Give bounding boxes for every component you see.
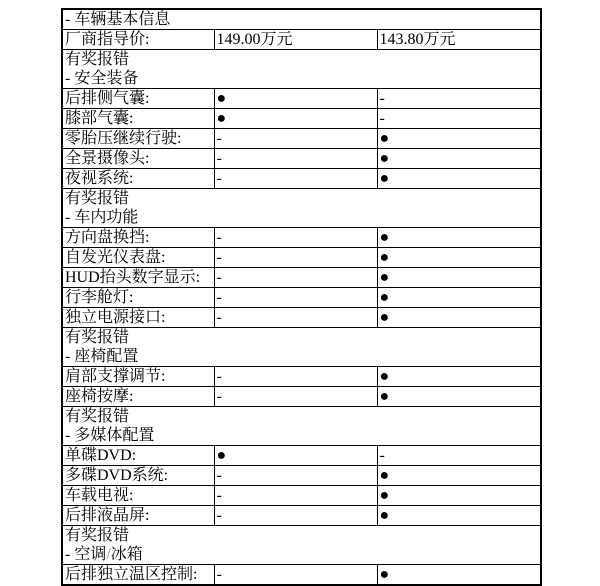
error-report-link[interactable]: 有奖报错 — [65, 51, 129, 68]
feature-value-car1: - — [214, 169, 377, 189]
feature-value-car2: ● — [377, 466, 541, 486]
error-report-link[interactable]: 有奖报错 — [65, 329, 129, 346]
feature-row-single-disc-dvd: 单碟DVD: ● - — [62, 446, 541, 466]
feature-label: 独立电源接口: — [62, 308, 214, 328]
feature-row-self-illuminating-dashboard: 自发光仪表盘: - ● — [62, 248, 541, 268]
section-title-multimedia-config: - 多媒体配置 — [65, 426, 539, 445]
feature-label: 膝部气囊: — [62, 109, 214, 129]
feature-value-car2: ● — [377, 248, 541, 268]
feature-label: 座椅按摩: — [62, 387, 214, 407]
feature-value-car1: ● — [214, 446, 377, 466]
feature-value-car2: ● — [377, 228, 541, 248]
feature-value-car1: - — [214, 308, 377, 328]
feature-value-car1: ● — [214, 89, 377, 109]
section-cell-seat-config: 有奖报错 - 座椅配置 — [62, 328, 541, 367]
section-title-interior-functions: - 车内功能 — [65, 208, 539, 227]
feature-row-runflat-tires: 零胎压继续行驶: - ● — [62, 129, 541, 149]
section-title-safety-equipment: - 安全装备 — [65, 69, 539, 88]
feature-label: 单碟DVD: — [62, 446, 214, 466]
section-title-ac: - 空调 — [65, 546, 106, 563]
feature-row-panoramic-camera: 全景摄像头: - ● — [62, 149, 541, 169]
feature-row-knee-airbag: 膝部气囊: ● - — [62, 109, 541, 129]
feature-value-car2: - — [377, 109, 541, 129]
section-row-seat-config: 有奖报错 - 座椅配置 — [62, 328, 541, 367]
group-title-vehicle-basic-info: - 车辆基本信息 — [62, 9, 541, 30]
price-label: 厂商指导价: — [62, 30, 214, 50]
feature-value-car2: ● — [377, 268, 541, 288]
group-title-row-vehicle-basic-info: - 车辆基本信息 — [62, 9, 541, 30]
feature-value-car2: ● — [377, 506, 541, 526]
error-report-link[interactable]: 有奖报错 — [65, 190, 129, 207]
section-title-fridge: 冰箱 — [111, 546, 143, 563]
feature-row-hud-display: HUD抬头数字显示: - ● — [62, 268, 541, 288]
feature-label: 自发光仪表盘: — [62, 248, 214, 268]
error-report-link[interactable]: 有奖报错 — [65, 408, 129, 425]
feature-label: 车载电视: — [62, 486, 214, 506]
feature-value-car1: - — [214, 486, 377, 506]
feature-label: 后排液晶屏: — [62, 506, 214, 526]
feature-row-independent-power-outlet: 独立电源接口: - ● — [62, 308, 541, 328]
feature-row-night-vision: 夜视系统: - ● — [62, 169, 541, 189]
feature-value-car1: ● — [214, 109, 377, 129]
feature-value-car2: ● — [377, 288, 541, 308]
error-report-link[interactable]: 有奖报错 — [65, 527, 129, 544]
feature-row-steering-wheel-shift: 方向盘换挡: - ● — [62, 228, 541, 248]
section-cell-safety-equipment: 有奖报错 - 安全装备 — [62, 50, 541, 89]
feature-row-car-tv: 车载电视: - ● — [62, 486, 541, 506]
feature-value-car2: ● — [377, 308, 541, 328]
feature-value-car1: - — [214, 367, 377, 387]
section-cell-multimedia-config: 有奖报错 - 多媒体配置 — [62, 407, 541, 446]
feature-value-car1: - — [214, 228, 377, 248]
feature-row-multi-disc-dvd: 多碟DVD系统: - ● — [62, 466, 541, 486]
section-title-seat-config: - 座椅配置 — [65, 347, 539, 366]
feature-value-car2: ● — [377, 169, 541, 189]
feature-row-rear-lcd-screen: 后排液晶屏: - ● — [62, 506, 541, 526]
section-cell-interior-functions: 有奖报错 - 车内功能 — [62, 189, 541, 228]
feature-value-car1: - — [214, 387, 377, 407]
car-comparison-table: - 车辆基本信息 厂商指导价: 149.00万元 143.80万元 有奖报错 -… — [61, 8, 542, 563]
feature-value-car2: - — [377, 89, 541, 109]
section-row-safety-equipment: 有奖报错 - 安全装备 — [62, 50, 541, 89]
feature-value-car2: ● — [377, 387, 541, 407]
section-row-multimedia-config: 有奖报错 - 多媒体配置 — [62, 407, 541, 446]
feature-value-car2: ● — [377, 149, 541, 169]
feature-label: HUD抬头数字显示: — [62, 268, 214, 288]
feature-label: 多碟DVD系统: — [62, 466, 214, 486]
feature-value-car1: - — [214, 288, 377, 308]
feature-value-car1: - — [214, 466, 377, 486]
feature-label: 行李舱灯: — [62, 288, 214, 308]
feature-value-car2: - — [377, 446, 541, 466]
section-row-interior-functions: 有奖报错 - 车内功能 — [62, 189, 541, 228]
feature-value-car1: - — [214, 129, 377, 149]
feature-row-shoulder-support: 肩部支撑调节: - ● — [62, 367, 541, 387]
feature-value-car1: - — [214, 248, 377, 268]
feature-value-car1: - — [214, 268, 377, 288]
feature-label: 全景摄像头: — [62, 149, 214, 169]
feature-value-car2: ● — [377, 486, 541, 506]
price-value-car2: 143.80万元 — [377, 30, 541, 50]
feature-value-car1: - — [214, 149, 377, 169]
price-row: 厂商指导价: 149.00万元 143.80万元 — [62, 30, 541, 50]
feature-label: 夜视系统: — [62, 169, 214, 189]
car-comparison-table-wrap: - 车辆基本信息 厂商指导价: 149.00万元 143.80万元 有奖报错 -… — [61, 8, 542, 563]
feature-value-car2: ● — [377, 129, 541, 149]
feature-row-seat-massage: 座椅按摩: - ● — [62, 387, 541, 407]
feature-label: 后排侧气囊: — [62, 89, 214, 109]
section-cell-ac-fridge: 有奖报错 - 空调/冰箱 — [62, 526, 541, 564]
section-row-ac-fridge: 有奖报错 - 空调/冰箱 — [62, 526, 541, 564]
feature-label: 方向盘换挡: — [62, 228, 214, 248]
feature-row-rear-side-airbag: 后排侧气囊: ● - — [62, 89, 541, 109]
feature-value-car1: - — [214, 506, 377, 526]
feature-label: 零胎压继续行驶: — [62, 129, 214, 149]
feature-row-trunk-light: 行李舱灯: - ● — [62, 288, 541, 308]
price-value-car1: 149.00万元 — [214, 30, 377, 50]
feature-value-car2: ● — [377, 367, 541, 387]
feature-label: 肩部支撑调节: — [62, 367, 214, 387]
